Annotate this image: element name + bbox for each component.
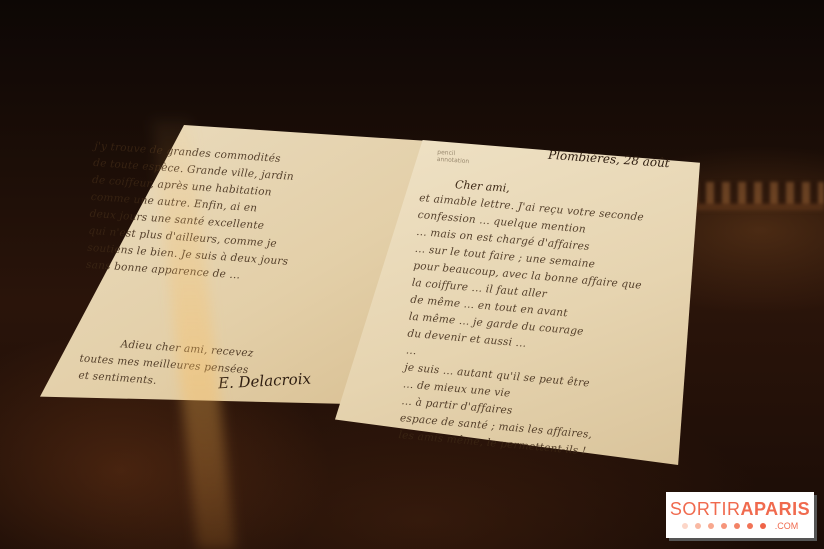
watermark-brand-bold: APARIS [741,499,811,519]
watermark-dot-icon [760,523,766,529]
watermark-dot-icon [708,523,714,529]
frame-molding-detail [690,182,824,204]
watermark-dot-icon [682,523,688,529]
right-page-text: et aimable lettre. J'ai reçu votre secon… [398,190,648,464]
watermark-dot-icon [747,523,753,529]
watermark-dot-icon [695,523,701,529]
watermark-dot-icon [721,523,727,529]
sortiraparis-watermark: SORTIRAPARIS .COM [666,492,814,538]
archive-pencil-note: pencil annotation [437,149,470,165]
watermark-dot-icon [734,523,740,529]
watermark-suffix: .COM [775,521,799,531]
watermark-brand: SORTIRAPARIS [670,500,810,518]
frame-molding-bar [690,204,824,210]
watermark-brand-light: SORTIR [670,499,741,519]
watermark-dots-row: .COM [682,521,799,531]
